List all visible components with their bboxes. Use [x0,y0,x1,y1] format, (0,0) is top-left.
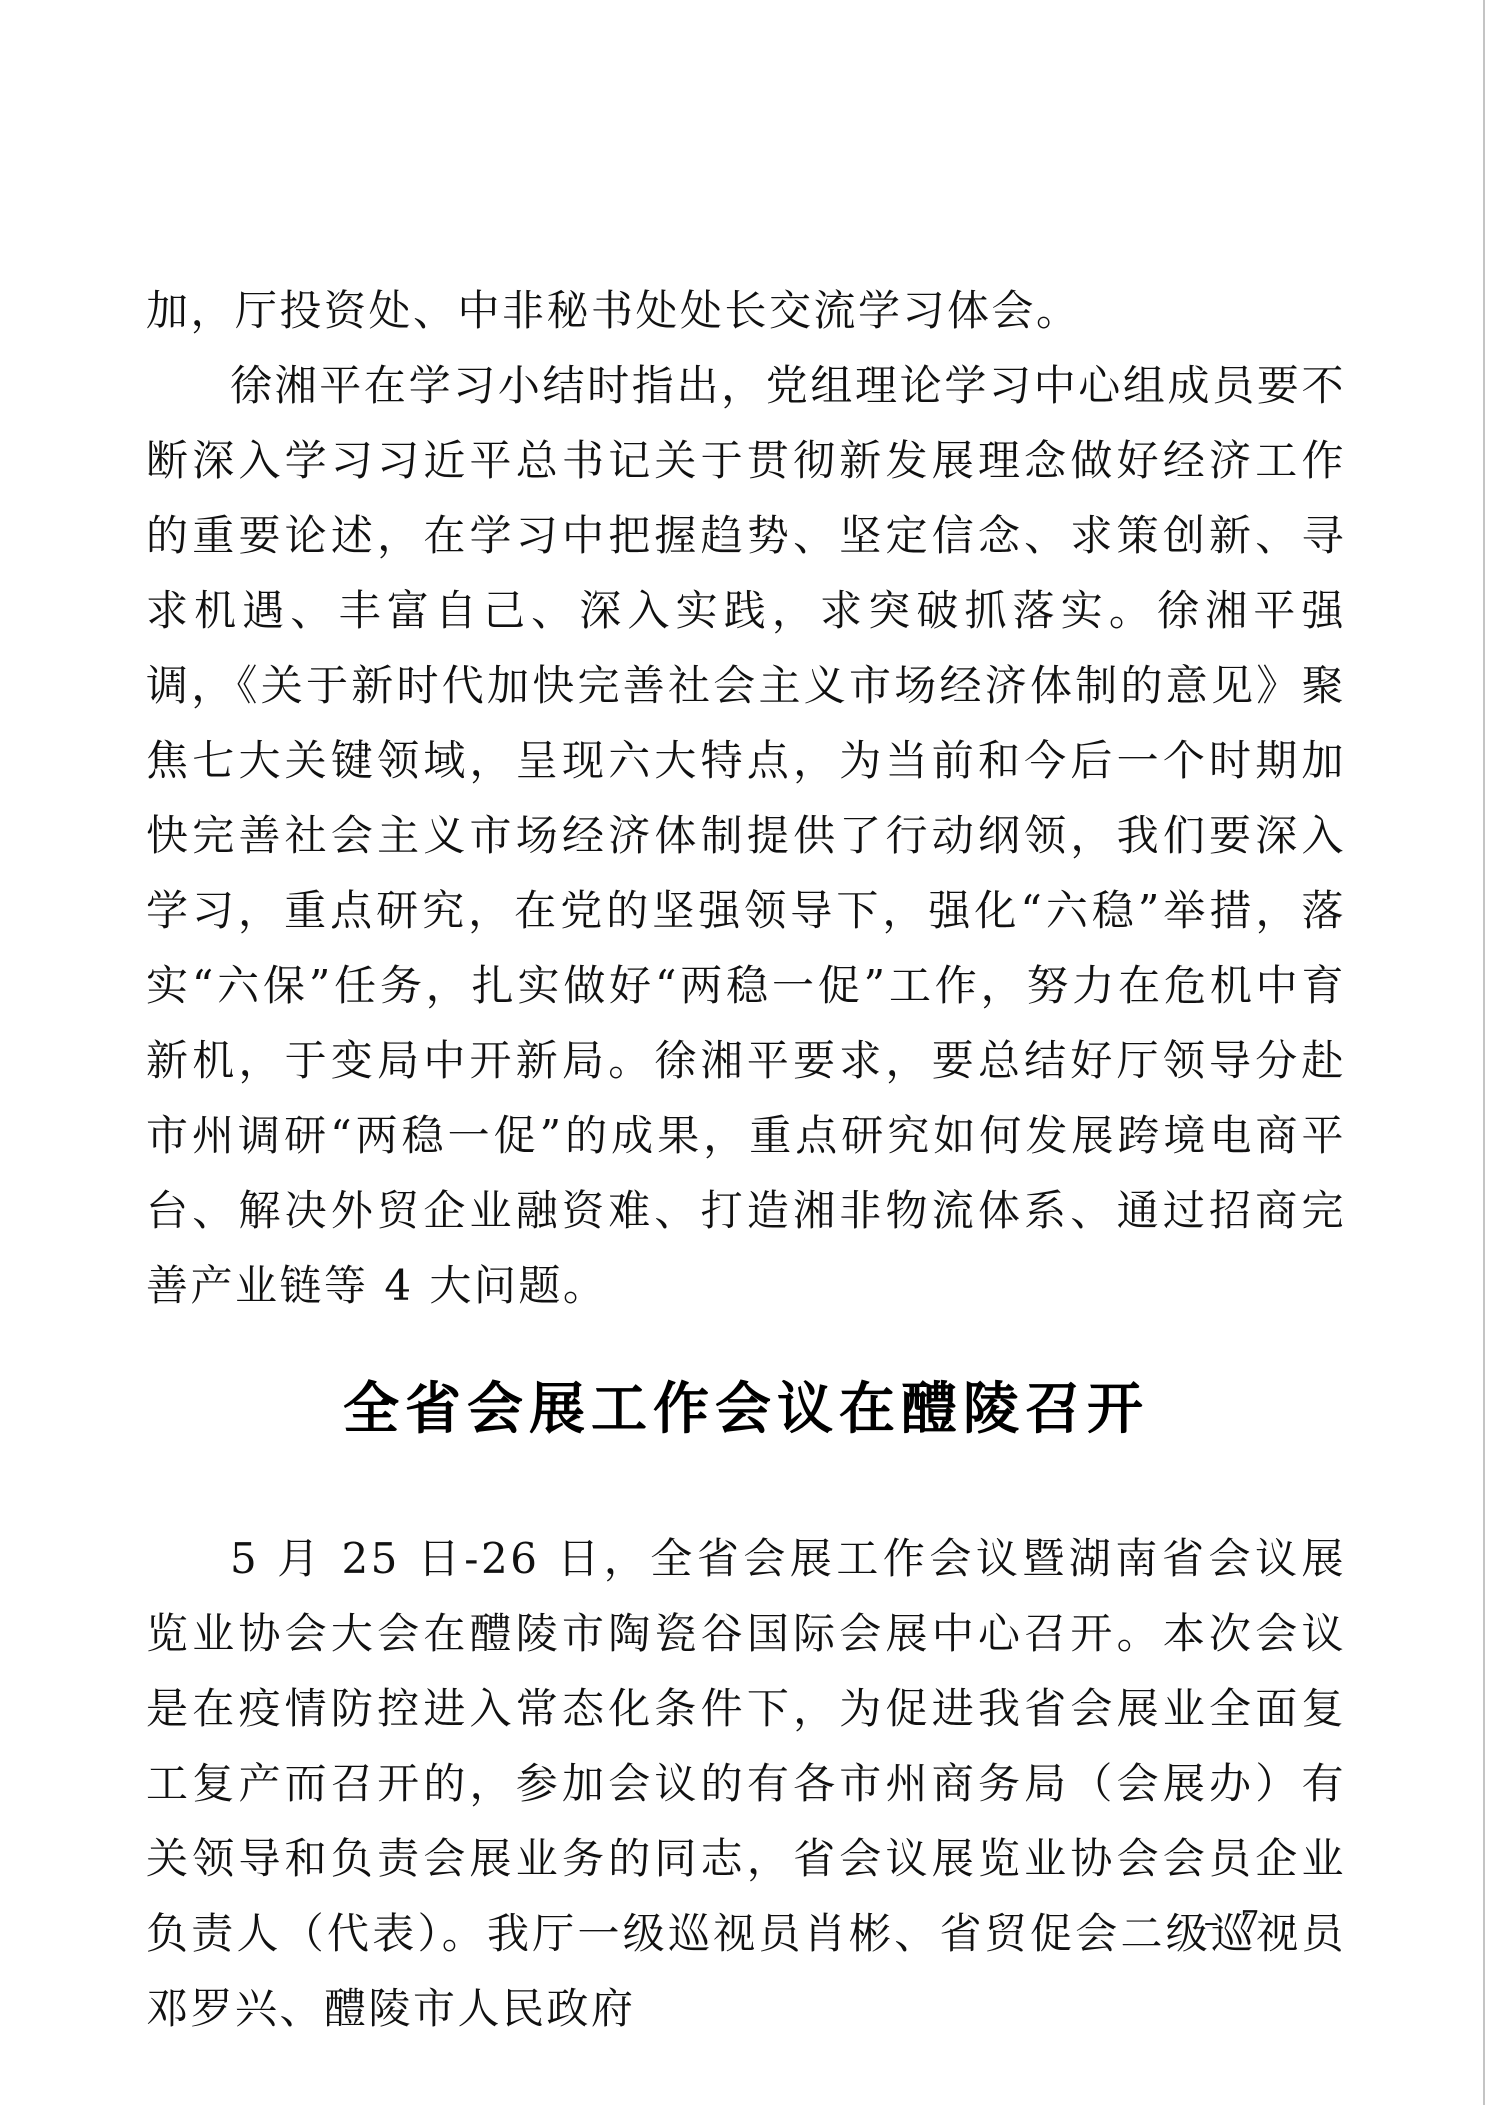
paragraph-continuation: 加，厅投资处、中非秘书处处长交流学习体会。 [146,273,1346,348]
page-content: 加，厅投资处、中非秘书处处长交流学习体会。 徐湘平在学习小结时指出，党组理论学习… [146,273,1346,2046]
page-edge-scan-line [1483,0,1485,2105]
paragraph-exhibition-meeting: 5 月 25 日-26 日，全省会展工作会议暨湖南省会议展览业协会大会在醴陵市陶… [146,1521,1346,2046]
document-page: 加，厅投资处、中非秘书处处长交流学习体会。 徐湘平在学习小结时指出，党组理论学习… [0,0,1488,2105]
page-number: – 7 – [1204,1905,1302,1940]
paragraph-study-session: 徐湘平在学习小结时指出，党组理论学习中心组成员要不断深入学习习近平总书记关于贯彻… [146,348,1346,1323]
article-title: 全省会展工作会议在醴陵召开 [146,1369,1346,1449]
